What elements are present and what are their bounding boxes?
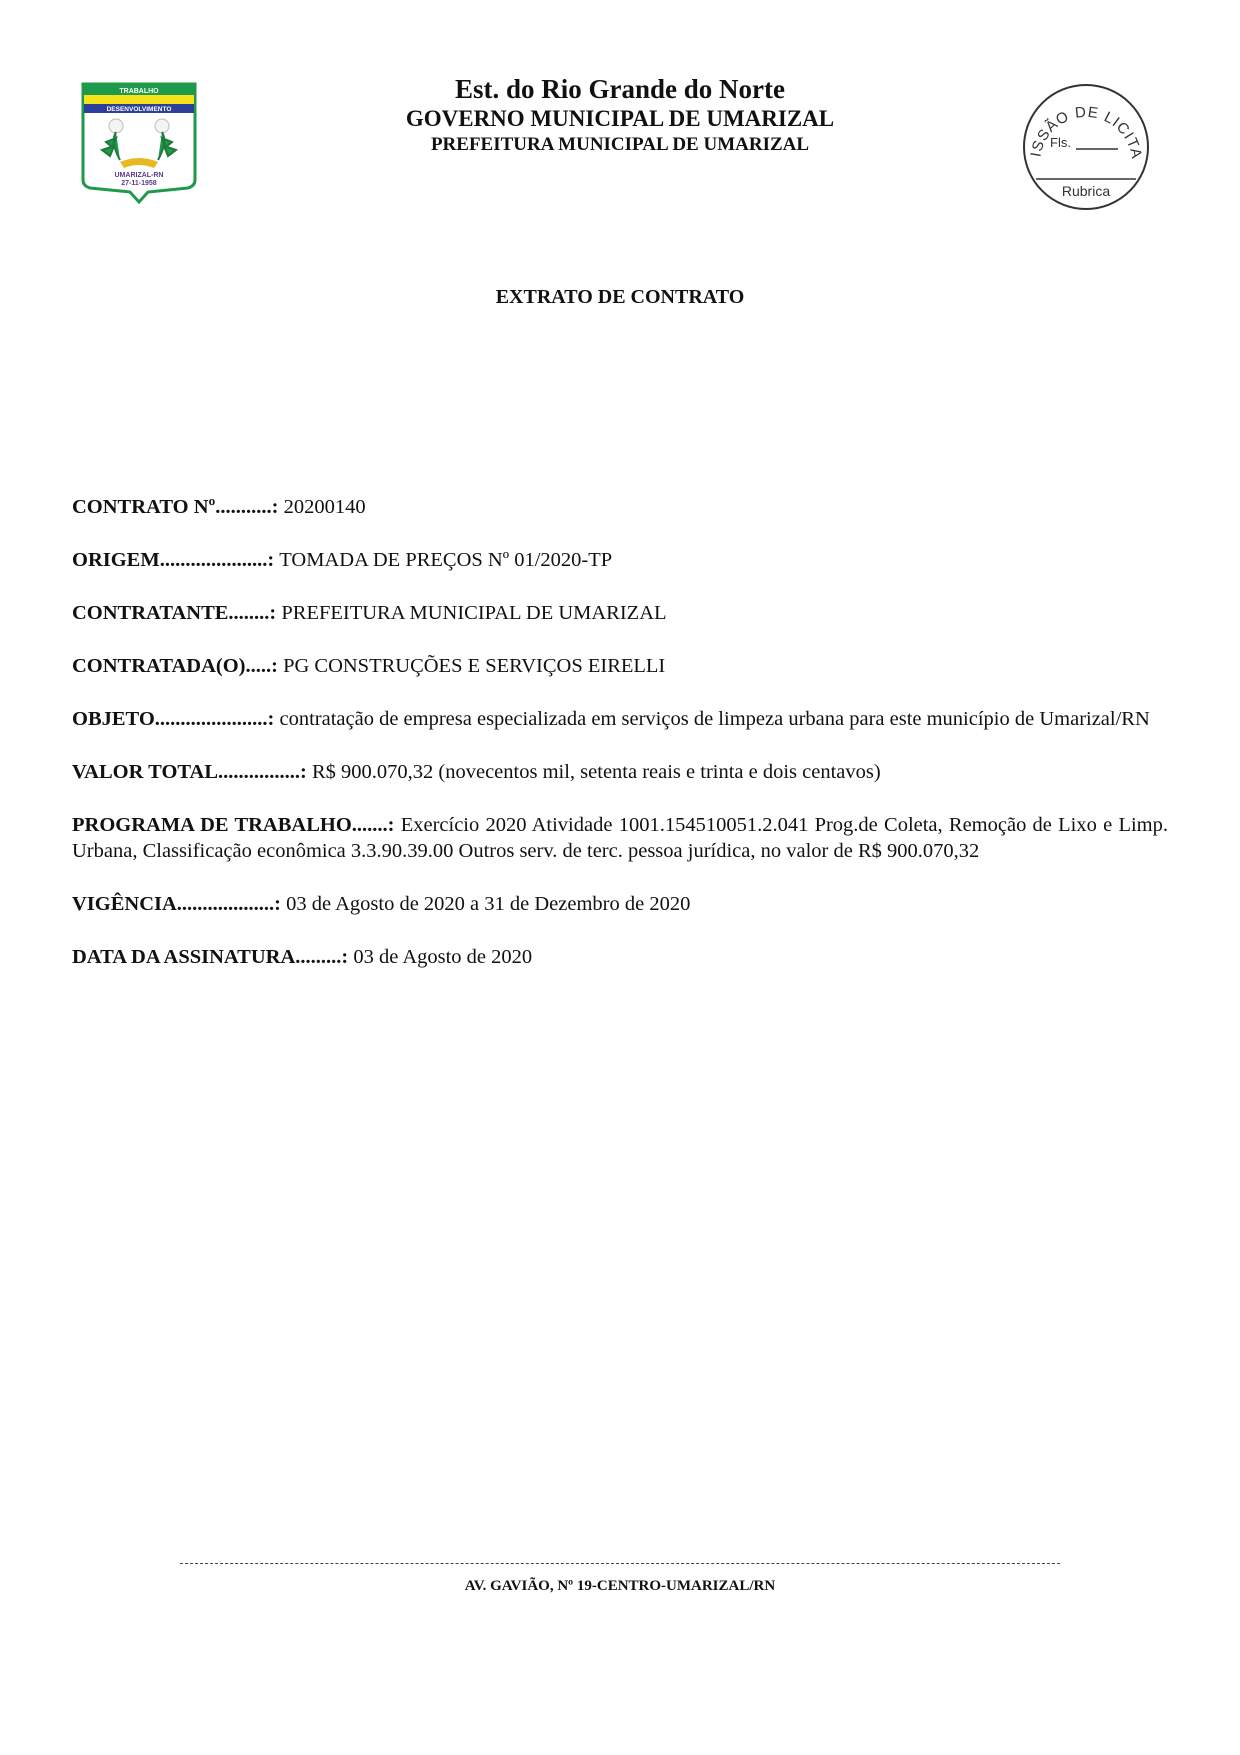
- field-data-assinatura: DATA DA ASSINATURA.........: 03 de Agost…: [72, 944, 1168, 970]
- contract-fields: CONTRATO Nº...........: 20200140 ORIGEM.…: [72, 494, 1168, 997]
- svg-text:27-11-1958: 27-11-1958: [121, 180, 157, 187]
- field-contratada: CONTRATADA(O).....: PG CONSTRUÇÕES E SER…: [72, 653, 1168, 679]
- field-valor-total: VALOR TOTAL................: R$ 900.070,…: [72, 759, 1168, 785]
- footer-divider: [180, 1563, 1060, 1564]
- commission-stamp-icon: COMISSÃO DE LICITAÇÃO Fls. Rubrica: [1020, 83, 1152, 211]
- field-contratante: CONTRATANTE........: PREFEITURA MUNICIPA…: [72, 600, 1168, 626]
- document-title: EXTRATO DE CONTRATO: [0, 286, 1240, 309]
- field-origem: ORIGEM.....................: TOMADA DE P…: [72, 547, 1168, 573]
- footer-address: AV. GAVIÃO, Nº 19-CENTRO-UMARIZAL/RN: [0, 1578, 1240, 1595]
- field-programa-trabalho: PROGRAMA DE TRABALHO.......: Exercício 2…: [72, 812, 1168, 864]
- field-objeto: OBJETO......................: contrataçã…: [72, 706, 1168, 732]
- field-contrato: CONTRATO Nº...........: 20200140: [72, 494, 1168, 520]
- svg-text:UMARIZAL-RN: UMARIZAL-RN: [115, 172, 164, 179]
- svg-text:Fls.: Fls.: [1050, 135, 1071, 150]
- svg-text:Rubrica: Rubrica: [1062, 183, 1110, 199]
- field-vigencia: VIGÊNCIA...................: 03 de Agost…: [72, 891, 1168, 917]
